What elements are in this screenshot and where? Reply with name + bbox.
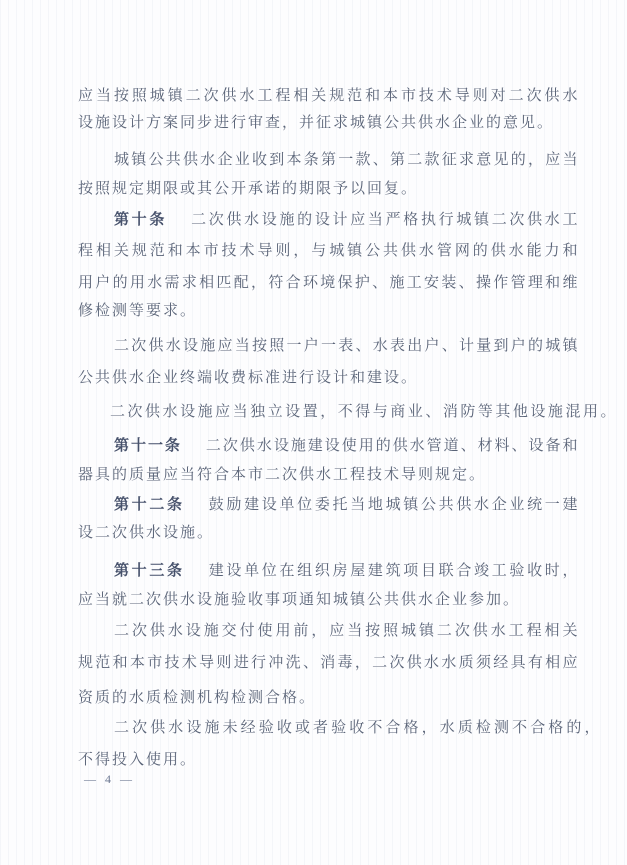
text-line-content: 修检测等要求。 bbox=[78, 303, 197, 319]
article-number: 第十条 bbox=[114, 212, 167, 228]
text-line: 应当按照城镇二次供水工程相关规范和本市技术导则对二次供水 bbox=[78, 85, 578, 107]
text-line: 器具的质量应当符合本市二次供水工程技术导则规定。 bbox=[78, 464, 486, 486]
text-line-content: 资质的水质检测机构检测合格。 bbox=[78, 690, 316, 706]
text-line: 二次供水设施应当按照一户一表、水表出户、计量到户的城镇 bbox=[114, 335, 578, 357]
text-line: 设二次供水设施。 bbox=[78, 522, 214, 544]
article-heading-line: 第十条二次供水设施的设计应当严格执行城镇二次供水工 bbox=[114, 209, 578, 231]
text-line: 二次供水设施交付使用前，应当按照城镇二次供水工程相关 bbox=[114, 620, 578, 642]
article-number: 第十二条 bbox=[114, 497, 185, 513]
page-number: — 4 — bbox=[84, 772, 135, 787]
text-line-content: 程相关规范和本市技术导则，与城镇公共供水管网的供水能力和 bbox=[78, 243, 578, 259]
text-line-content: 二次供水设施交付使用前，应当按照城镇二次供水工程相关 bbox=[114, 623, 578, 639]
article-heading-line: 第十二条鼓励建设单位委托当地城镇公共供水企业统一建 bbox=[114, 494, 578, 516]
text-line: 程相关规范和本市技术导则，与城镇公共供水管网的供水能力和 bbox=[78, 240, 578, 262]
text-line-content: 城镇公共供水企业收到本条第一款、第二款征求意见的，应当 bbox=[114, 152, 578, 168]
text-line-content: 二次供水设施建设使用的供水管道、材料、设备和 bbox=[206, 438, 578, 454]
text-line: 资质的水质检测机构检测合格。 bbox=[78, 687, 316, 709]
text-line-content: 二次供水设施的设计应当严格执行城镇二次供水工 bbox=[191, 212, 578, 228]
text-line-content: 设二次供水设施。 bbox=[78, 525, 214, 541]
text-line: 城镇公共供水企业收到本条第一款、第二款征求意见的，应当 bbox=[114, 149, 578, 171]
text-line-content: 二次供水设施未经验收或者验收不合格，水质检测不合格的， bbox=[114, 720, 600, 736]
article-number: 第十三条 bbox=[114, 563, 185, 579]
article-heading-line: 第十三条建设单位在组织房屋建筑项目联合竣工验收时， bbox=[114, 560, 578, 582]
text-line: 不得投入使用。 bbox=[78, 749, 197, 771]
text-line-content: 应当就二次供水设施验收事项通知城镇公共供水企业参加。 bbox=[78, 592, 520, 608]
text-line-content: 应当按照城镇二次供水工程相关规范和本市技术导则对二次供水 bbox=[78, 88, 578, 104]
text-line-content: 二次供水设施应当按照一户一表、水表出户、计量到户的城镇 bbox=[114, 338, 578, 354]
text-line-content: 规范和本市技术导则进行冲洗、消毒，二次供水水质须经具有相应 bbox=[78, 655, 578, 671]
text-line-content: 鼓励建设单位委托当地城镇公共供水企业统一建 bbox=[209, 497, 578, 513]
article-number: 第十一条 bbox=[114, 438, 182, 454]
text-line: 按照规定期限或其公开承诺的期限予以回复。 bbox=[78, 178, 418, 200]
text-line: 应当就二次供水设施验收事项通知城镇公共供水企业参加。 bbox=[78, 589, 520, 611]
text-line: 二次供水设施未经验收或者验收不合格，水质检测不合格的， bbox=[114, 717, 600, 739]
text-line: 二次供水设施应当独立设置，不得与商业、消防等其他设施混用。 bbox=[110, 401, 616, 423]
text-line: 修检测等要求。 bbox=[78, 300, 197, 322]
text-line: 设施设计方案同步进行审查，并征求城镇公共供水企业的意见。 bbox=[78, 112, 554, 134]
text-line-content: 按照规定期限或其公开承诺的期限予以回复。 bbox=[78, 181, 418, 197]
document-page: 应当按照城镇二次供水工程相关规范和本市技术导则对二次供水 设施设计方案同步进行审… bbox=[0, 0, 627, 865]
text-line: 公共供水企业终端收费标准进行设计和建设。 bbox=[78, 367, 418, 389]
text-line-content: 设施设计方案同步进行审查，并征求城镇公共供水企业的意见。 bbox=[78, 115, 554, 131]
text-line-content: 二次供水设施应当独立设置，不得与商业、消防等其他设施混用。 bbox=[110, 404, 616, 420]
text-line: 规范和本市技术导则进行冲洗、消毒，二次供水水质须经具有相应 bbox=[78, 652, 578, 674]
text-line: 用户的用水需求相匹配，符合环境保护、施工安装、操作管理和维 bbox=[78, 272, 578, 294]
text-line-content: 公共供水企业终端收费标准进行设计和建设。 bbox=[78, 370, 418, 386]
article-heading-line: 第十一条二次供水设施建设使用的供水管道、材料、设备和 bbox=[114, 435, 578, 457]
text-line-content: 用户的用水需求相匹配，符合环境保护、施工安装、操作管理和维 bbox=[78, 275, 578, 291]
text-line-content: 不得投入使用。 bbox=[78, 752, 197, 768]
text-line-content: 建设单位在组织房屋建筑项目联合竣工验收时， bbox=[209, 563, 578, 579]
text-line-content: 器具的质量应当符合本市二次供水工程技术导则规定。 bbox=[78, 467, 486, 483]
